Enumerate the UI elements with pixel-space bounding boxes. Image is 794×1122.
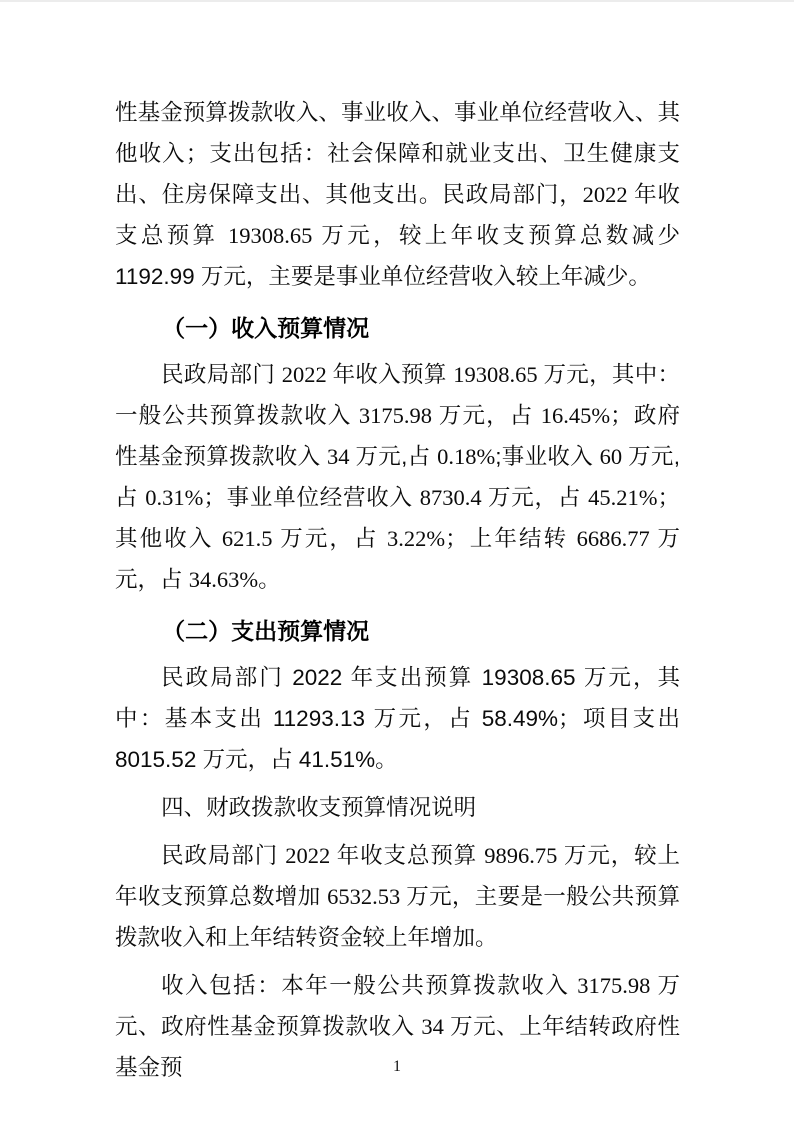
text-run: 万元，占: [439, 403, 541, 428]
paragraph-expenditure-budget: 民政局部门 2022 年支出预算 19308.65 万元，其中：基本支出 112…: [115, 657, 680, 780]
paragraph-income-budget: 民政局部门 2022 年收入预算 19308.65 万元，其中：一般公共预算拨款…: [115, 354, 680, 600]
text-run: 19308.65: [453, 362, 543, 387]
text-run: 34: [421, 1014, 450, 1039]
text-run: 0.18%: [437, 444, 495, 469]
paragraph-overview-continued: 性基金预算拨款收入、事业收入、事业单位经营收入、其他收入；支出包括：社会保障和就…: [115, 92, 680, 297]
text-run: 收入包括：本年一般公共预算拨款收入: [161, 973, 577, 998]
text-run: 16.45%: [541, 403, 610, 428]
text-run: 民政局部门: [161, 362, 282, 387]
text-run: ;事业收入: [495, 444, 599, 469]
text-run: 万元,占: [355, 444, 437, 469]
text-run: 19308.65: [228, 223, 321, 248]
text-run: 45.21%: [588, 485, 657, 510]
document-body: 性基金预算拨款收入、事业收入、事业单位经营收入、其他收入；支出包括：社会保障和就…: [115, 92, 680, 1095]
text-run: 6532.53: [327, 884, 406, 909]
text-run: 6686.77: [577, 526, 658, 551]
text-run: 万元，占: [280, 526, 387, 551]
text-run: 34: [327, 444, 355, 469]
text-run: 3175.98: [359, 403, 439, 428]
text-run: 2022: [285, 843, 337, 868]
text-run: 60: [600, 444, 628, 469]
text-run: 2022: [583, 182, 635, 207]
text-run: 万元，占: [488, 485, 588, 510]
text-run: 8730.4: [420, 485, 488, 510]
heading-income-budget: （一）收入预算情况: [115, 308, 680, 349]
text-run: ；事业单位经营收入: [203, 485, 419, 510]
text-run: 年收支总预算: [337, 843, 485, 868]
text-run: 34.63%: [189, 567, 258, 592]
text-run: ；上年结转: [445, 526, 576, 551]
heading-expenditure-budget: （二）支出预算情况: [115, 611, 680, 652]
text-run: 。: [258, 567, 281, 592]
text-run: 民政局部门: [161, 843, 285, 868]
paragraph-fiscal-total: 民政局部门 2022 年收支总预算 9896.75 万元，较上年收支预算总数增加…: [115, 835, 680, 958]
text-run: 3.22%: [387, 526, 445, 551]
text-run: 2022: [282, 362, 333, 387]
text-run: 0.31%: [145, 485, 203, 510]
heading-fiscal-appropriation: 四、财政拨款收支预算情况说明: [115, 787, 680, 828]
text-run: 3175.98: [577, 973, 657, 998]
document-page: 性基金预算拨款收入、事业收入、事业单位经营收入、其他收入；支出包括：社会保障和就…: [0, 0, 794, 1122]
text-run: 9896.75: [484, 843, 564, 868]
page-number: 1: [0, 1057, 794, 1077]
text-run: 年收入预算: [333, 362, 454, 387]
text-run: 民政局部门 2022 年支出预算 19308.65 万元，其中：基本支出 112…: [115, 665, 680, 772]
text-run: 621.5: [222, 526, 280, 551]
